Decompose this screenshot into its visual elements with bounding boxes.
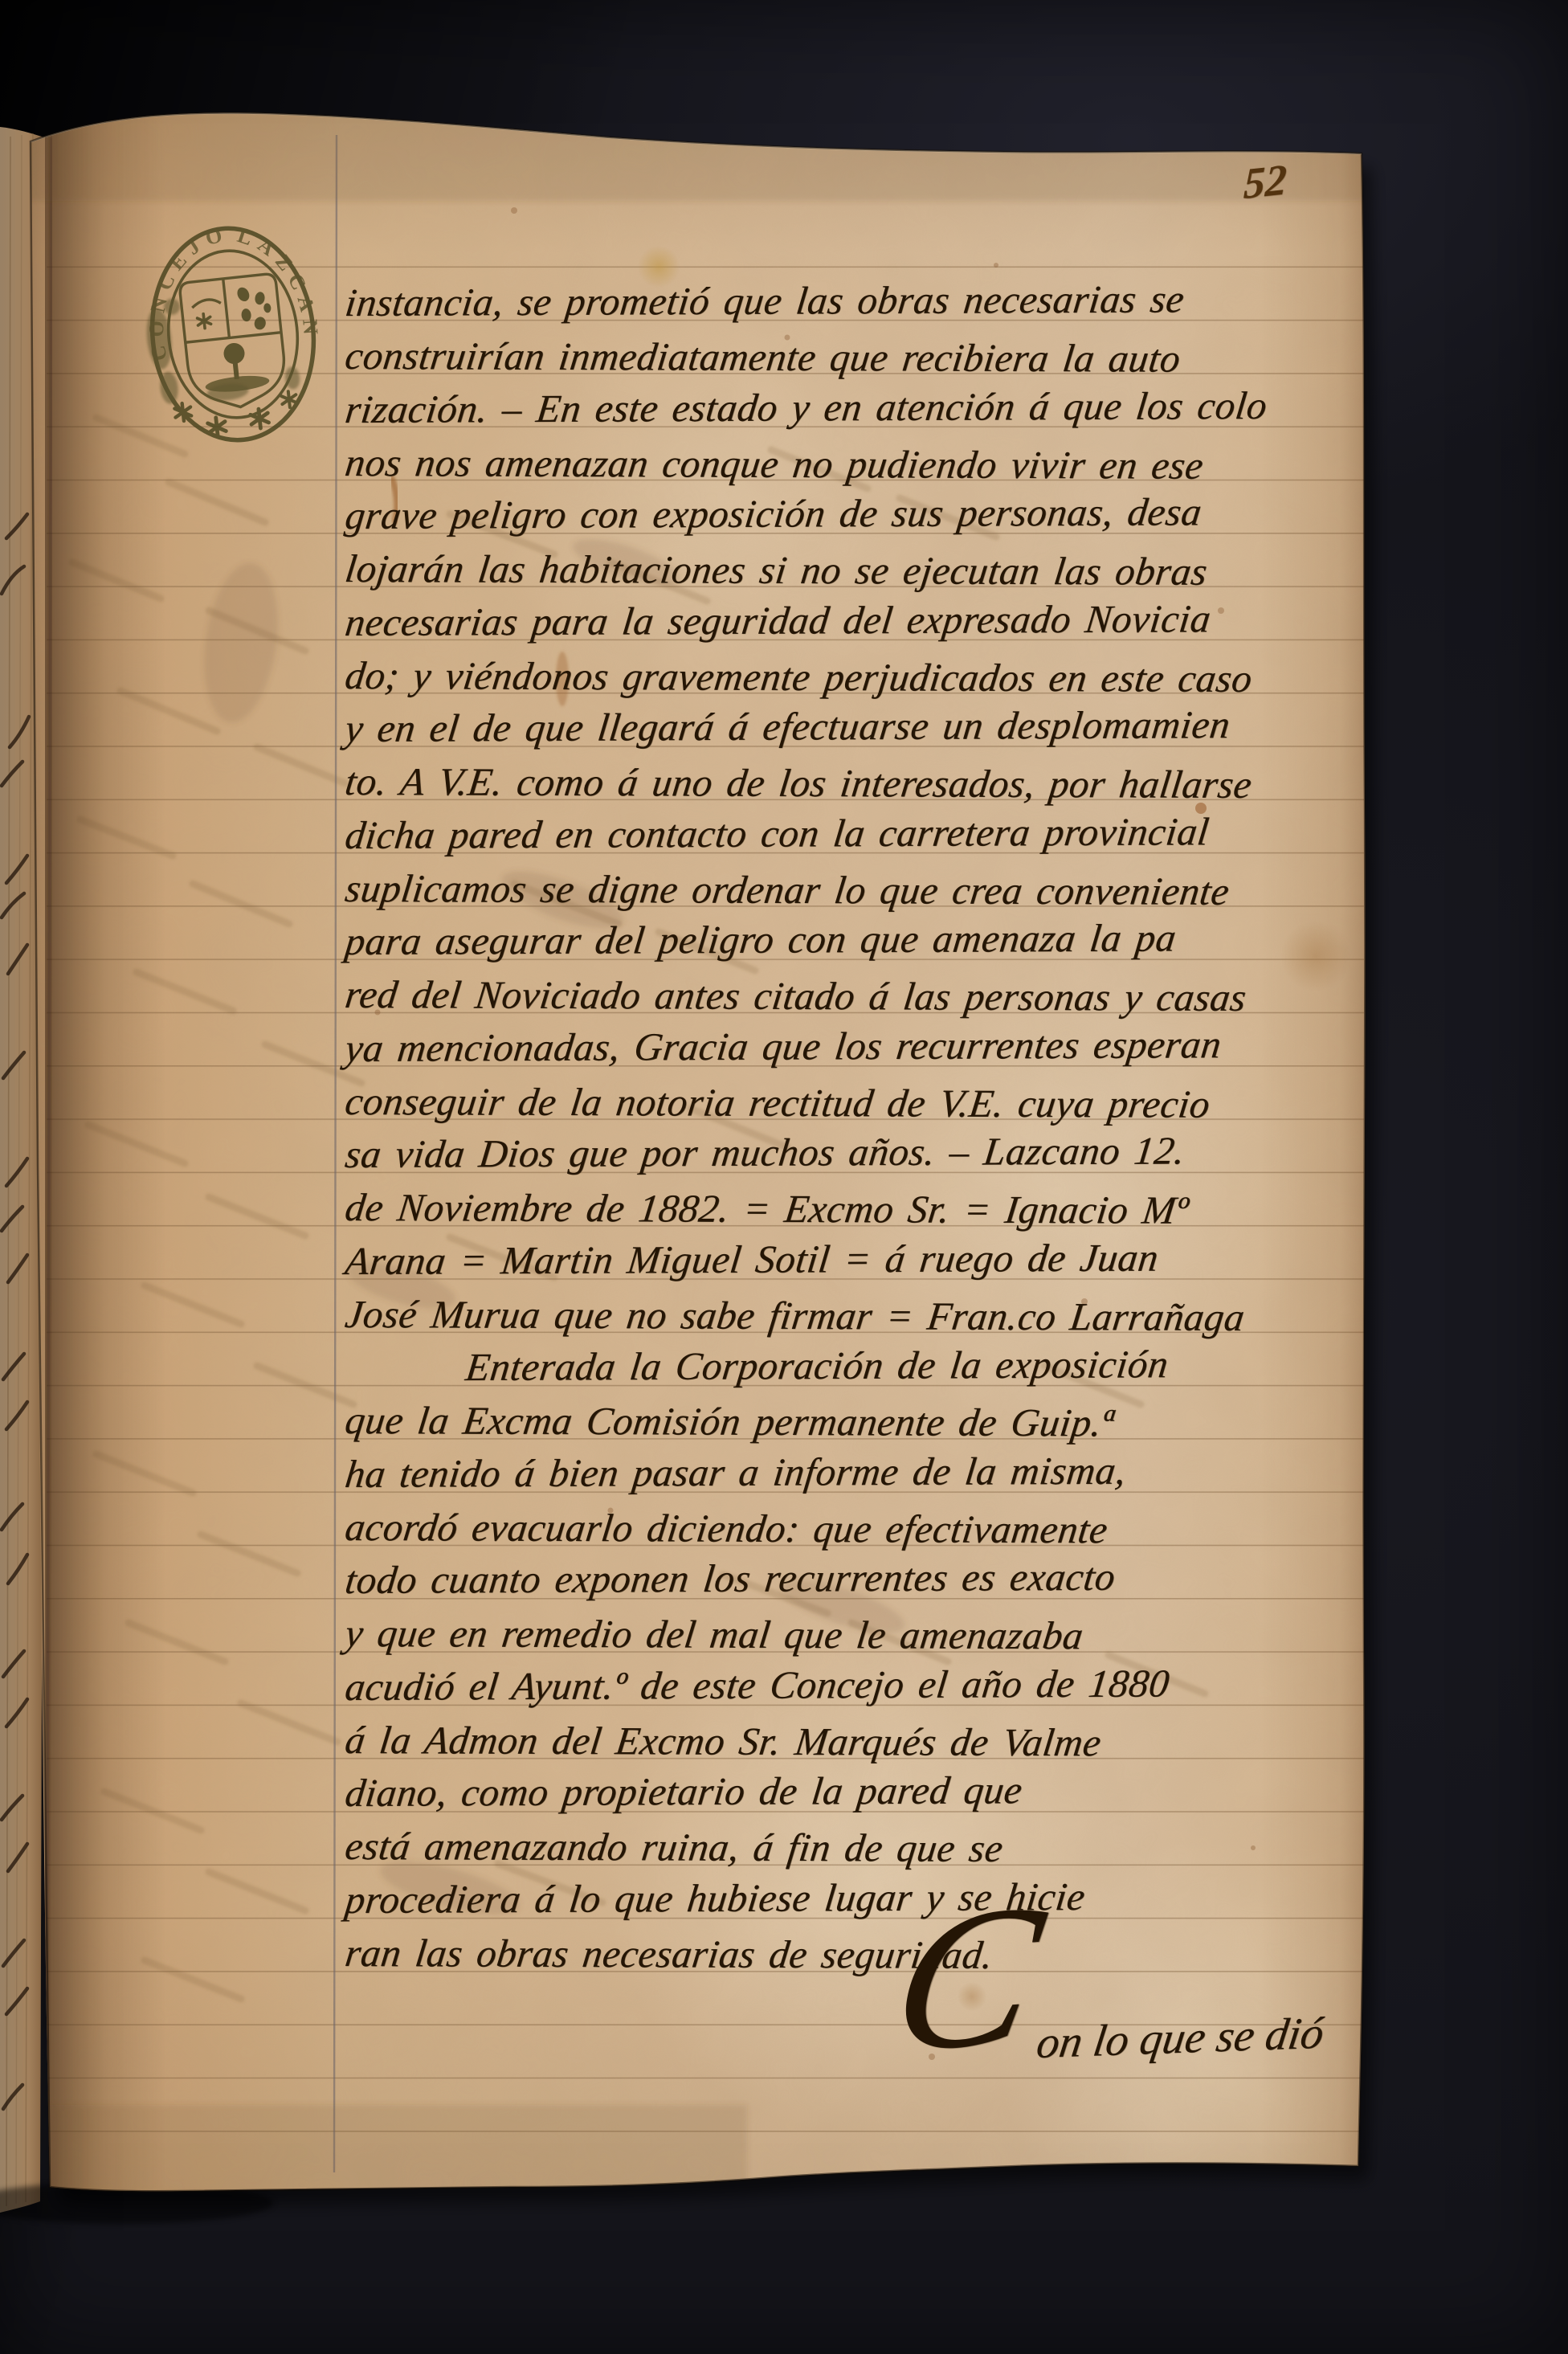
- manuscript-line: y en el de que llegará á efectuarse un d…: [342, 701, 1232, 753]
- manuscript-line: Enterada la Corporación de la exposición: [463, 1340, 1170, 1392]
- manuscript-line: rización. – En este estado y en atención…: [342, 382, 1269, 434]
- manuscript-line: necesarias para la seguridad del expresa…: [342, 595, 1213, 647]
- manuscript-line: de Noviembre de 1882. = Excmo Sr. = Igna…: [342, 1183, 1191, 1235]
- closing-text: on lo que se dió: [1034, 2009, 1327, 2068]
- manuscript-line: sa vida Dios gue por muchos años. – Lazc…: [342, 1126, 1187, 1179]
- manuscript-line: y que en remedio del mal que le amenazab…: [342, 1609, 1086, 1660]
- manuscript-line: acordó evacuarlo diciendo: que efectivam…: [342, 1503, 1110, 1554]
- scanned-manuscript-page: CONCEJO LAZCANO 52 instanc: [0, 0, 1568, 2354]
- manuscript-line: grave peligro con exposición de sus pers…: [342, 488, 1204, 540]
- manuscript-line: instancia, se prometió que las obras nec…: [342, 275, 1186, 327]
- manuscript-line: to. A V.E. como á uno de los interesados…: [342, 758, 1255, 809]
- manuscript-line: está amenazando ruina, á fin de que se: [342, 1822, 1006, 1873]
- manuscript-line: que la Excma Comisión permanente de Guip…: [342, 1396, 1116, 1447]
- manuscript-line: para asegurar del peligro con que amenaz…: [342, 913, 1178, 966]
- manuscript-line: diano, como propietario de la pared que: [342, 1766, 1025, 1817]
- manuscript-line: ha tenido á bien pasar a informe de la m…: [342, 1447, 1129, 1498]
- manuscript-line: á la Admon del Excmo Sr. Marqués de Valm…: [342, 1716, 1104, 1767]
- manuscript-line: acudió el Ayunt.º de este Concejo el año…: [342, 1660, 1172, 1711]
- manuscript-line: dicha pared en contacto con la carretera…: [342, 807, 1211, 860]
- manuscript-line: ya mencionadas, Gracia que los recurrent…: [342, 1020, 1223, 1073]
- manuscript-line: José Murua que no sabe firmar = Fran.co …: [342, 1290, 1247, 1342]
- manuscript-line: lojarán las habitaciones si no se ejecut…: [342, 545, 1210, 596]
- manuscript-line: red del Noviciado antes citado á las per…: [342, 971, 1249, 1022]
- book-gutter-shading: [45, 112, 165, 2201]
- manuscript-line: conseguir de la notoria rectitud de V.E.…: [342, 1077, 1213, 1129]
- manuscript-line: Arana = Martin Miguel Sotil = á ruego de…: [342, 1234, 1161, 1285]
- closing-phrase: C on lo que se dió: [868, 1872, 1382, 2242]
- manuscript-line: do; y viéndonos gravemente perjudicados …: [342, 652, 1255, 703]
- manuscript-line: nos nos amenazan conque no pudiendo vivi…: [342, 439, 1206, 490]
- manuscript-line: suplicamos se digne ordenar lo que crea …: [342, 864, 1232, 916]
- closing-capital-flourish: C: [880, 1872, 1054, 2083]
- manuscript-line: todo cuanto exponen los recurrentes es e…: [342, 1553, 1117, 1604]
- manuscript-line: construirían inmediatamente que recibier…: [342, 332, 1183, 383]
